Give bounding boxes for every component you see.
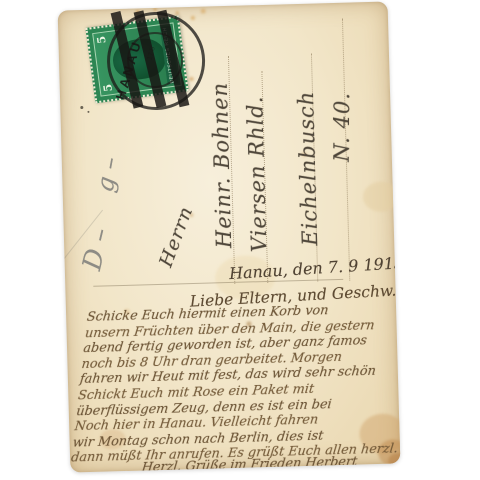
stamp-denomination: 5 (95, 35, 109, 44)
address-line: Herrn (155, 169, 210, 270)
message-dateline: Hanau, den 7. 9 1913 (228, 249, 400, 283)
pencil-note: D – (77, 198, 122, 273)
stain-spot (154, 8, 157, 11)
message-body: Schicke Euch hiermit einen Korb von unse… (69, 301, 400, 472)
address-line: N. 40. (330, 92, 354, 162)
stain-spot (176, 11, 179, 14)
postcard-back: g – D – 5 5 DEUTSCHES REICH HANAU 17 5 H… (58, 1, 401, 472)
photo-stage: g – D – 5 5 DEUTSCHES REICH HANAU 17 5 H… (0, 0, 480, 480)
pencil-note: g – (91, 120, 131, 194)
stain-spot (87, 111, 89, 113)
address-line: Eichelnbusch (292, 35, 322, 246)
stain-spot (80, 106, 83, 109)
stain-spot (389, 61, 400, 102)
stain-spot (363, 181, 400, 212)
address-line: Viersen Rhld. (242, 42, 272, 253)
address-line: Heinr. Bohnen (207, 48, 237, 249)
stain-spot (201, 9, 206, 14)
stain-spot (191, 16, 195, 20)
